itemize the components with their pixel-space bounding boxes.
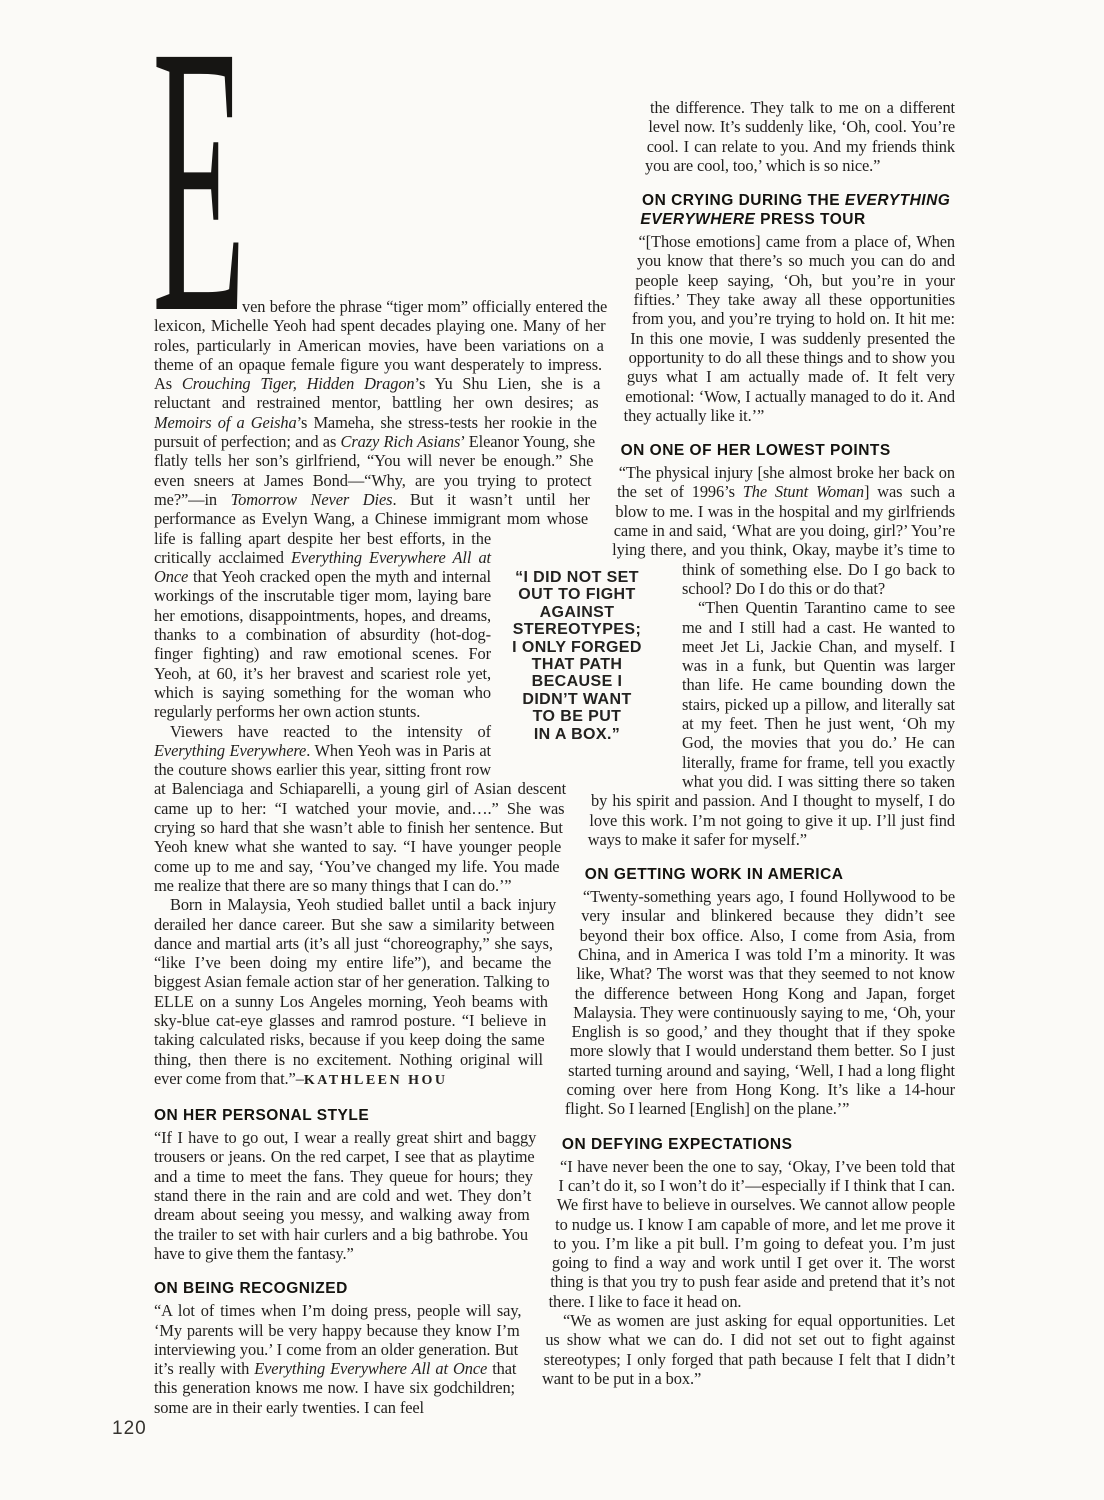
text-segment: “We as women are just asking for equal o… bbox=[542, 1311, 955, 1388]
text-segment: “If I have to go out, I wear a really gr… bbox=[154, 1128, 536, 1263]
text-segment: Born in Malaysia, Yeoh studied ballet un… bbox=[154, 895, 556, 1088]
text-segment: KATHLEEN HOU bbox=[304, 1073, 448, 1088]
text-segment: Everything Everywhere All at Once bbox=[254, 1359, 487, 1378]
text-segment: Crazy Rich Asians bbox=[341, 432, 461, 451]
drop-cap: E bbox=[152, 55, 246, 305]
pull-quote: “I DID NOT SET OUT TO FIGHT AGAINST STER… bbox=[487, 569, 667, 743]
text-segment: Crouching Tiger, Hidden Dragon bbox=[182, 374, 415, 393]
text-segment: ON DEFYING EXPECTATIONS bbox=[562, 1136, 793, 1153]
text-segment: Everything Everywhere bbox=[154, 741, 306, 760]
text-segment: “Twenty-something years ago, I found Hol… bbox=[565, 887, 955, 1118]
text-segment: ON HER PERSONAL STYLE bbox=[154, 1107, 369, 1124]
page-number: 120 bbox=[112, 1418, 147, 1440]
section-header-getting-work: ON GETTING WORK IN AMERICA bbox=[540, 865, 955, 884]
paragraph-getting-work: “Twenty-something years ago, I found Hol… bbox=[540, 887, 955, 1119]
text-segment: the difference. They talk to me on a dif… bbox=[645, 98, 955, 175]
section-header-defying-expectations: ON DEFYING EXPECTATIONS bbox=[540, 1135, 955, 1154]
text-segment: PRESS TOUR bbox=[755, 211, 865, 228]
text-segment: ON CRYING DURING THE bbox=[642, 192, 845, 209]
text-segment: The Stunt Woman bbox=[743, 482, 864, 501]
paragraph-defying-expectations: “I have never been the one to say, ‘Okay… bbox=[540, 1157, 955, 1311]
text-segment: “I have never been the one to say, ‘Okay… bbox=[549, 1157, 955, 1311]
text-segment: Tomorrow Never Dies bbox=[231, 490, 393, 509]
text-segment: Viewers have reacted to the intensity of bbox=[170, 722, 491, 741]
text-segment: “[Those emotions] came from a place of, … bbox=[624, 232, 955, 425]
text-segment: ON ONE OF HER LOWEST POINTS bbox=[621, 442, 891, 459]
magazine-page: E ven before the phrase “tiger mom” offi… bbox=[0, 0, 1104, 1500]
paragraph-equal-opportunities: “We as women are just asking for equal o… bbox=[540, 1311, 955, 1388]
right-column: the difference. They talk to me on a dif… bbox=[540, 98, 955, 1395]
text-segment: ON GETTING WORK IN AMERICA bbox=[585, 866, 844, 883]
text-segment: Memoirs of a Geisha bbox=[154, 413, 297, 432]
text-segment: ON BEING RECOGNIZED bbox=[154, 1280, 348, 1297]
text-segment: that Yeoh cracked open the myth and inte… bbox=[154, 567, 491, 721]
